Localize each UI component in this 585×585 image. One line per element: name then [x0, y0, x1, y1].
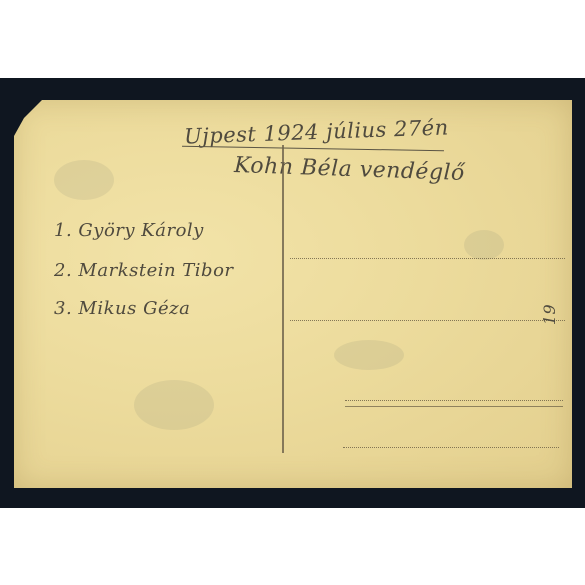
item-number: 1. [54, 220, 72, 241]
item-name: Markstein Tibor [78, 260, 233, 281]
address-line [345, 400, 563, 401]
item-name: Mikus Géza [78, 298, 190, 319]
address-line [290, 258, 565, 259]
address-line [345, 406, 563, 407]
item-name: Györy Károly [78, 220, 203, 241]
name-list-item: 1. Györy Károly [54, 220, 204, 241]
address-line [290, 320, 565, 321]
paper-stain [464, 230, 504, 260]
item-number: 3. [54, 298, 72, 319]
paper-stain [134, 380, 214, 430]
postcard-center-divider [282, 145, 284, 453]
side-number-inscription: 19 [540, 304, 559, 325]
photographer-inscription: Kohn Béla vendéglő [234, 153, 466, 186]
paper-stain [54, 160, 114, 200]
item-number: 2. [54, 260, 72, 281]
address-line [343, 447, 559, 448]
paper-stain [334, 340, 404, 370]
name-list-item: 2. Markstein Tibor [54, 260, 234, 281]
postcard-back: Ujpest 1924 július 27én Kohn Béla vendég… [14, 100, 572, 488]
name-list-item: 3. Mikus Géza [54, 298, 190, 319]
date-inscription: Ujpest 1924 július 27én [184, 115, 449, 148]
date-underline [182, 146, 444, 152]
